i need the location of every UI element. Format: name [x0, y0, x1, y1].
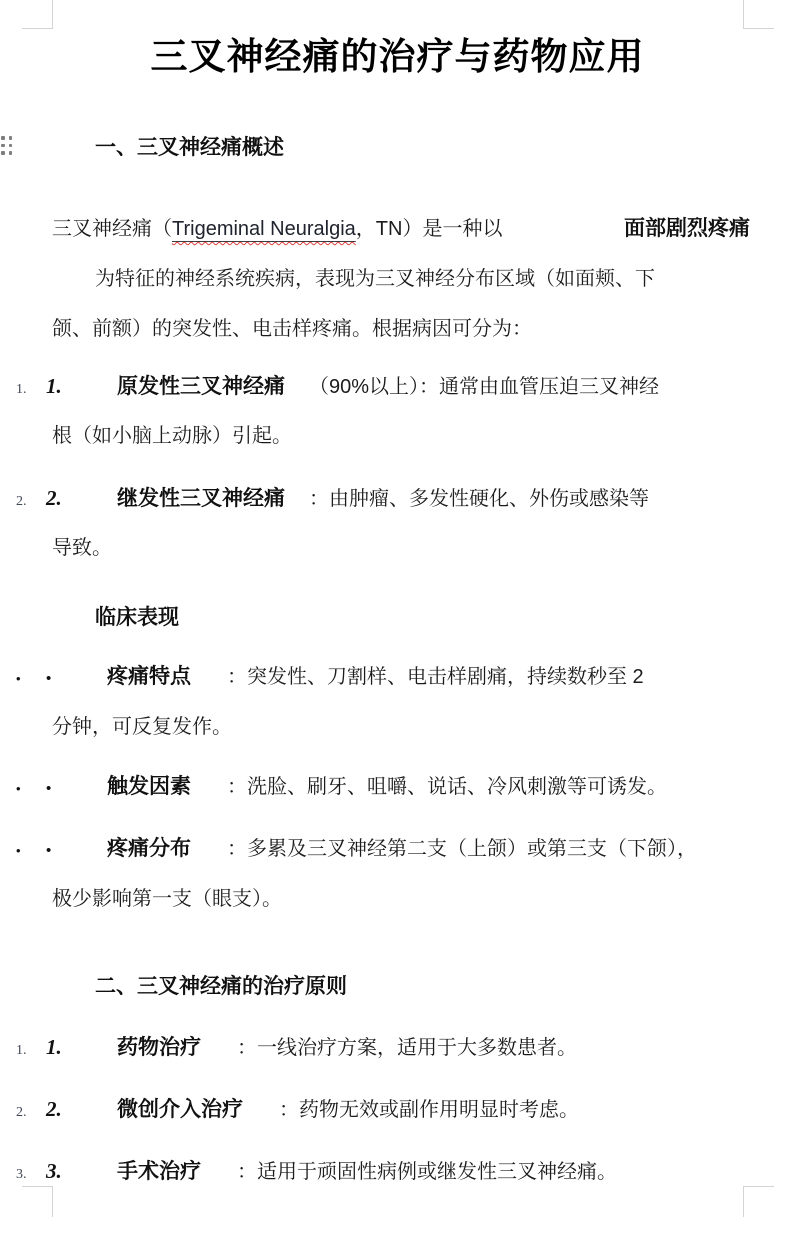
cause-item-2: 2.2.继发性三叉神经痛：由肿瘤、多发性硬化、外伤或感染等	[16, 485, 649, 515]
treatment-term: 微创介入治疗	[117, 1098, 243, 1121]
treatment-term: 手术治疗	[117, 1160, 201, 1183]
treatment-text: ：药物无效或副作用明显时考虑。	[279, 1099, 579, 1121]
bullet-icon-outer: •	[16, 776, 46, 802]
list-marker-outer: 3.	[16, 1162, 46, 1188]
list-marker-inner: 3.	[46, 1158, 117, 1184]
drag-handle-icon[interactable]	[1, 136, 12, 155]
bullet-item-1-cont: 分钟，可反复发作。	[52, 714, 232, 740]
bullet-text: ：多累及三叉神经第二支（上颌）或第三支（下颌），	[227, 838, 697, 860]
cause-text: （90%以上）：通常由血管压迫三叉神经	[309, 376, 659, 398]
bullet-text: ：洗脸、刷牙、咀嚼、说话、冷风刺激等可诱发。	[227, 776, 667, 798]
margin-crop-mark-top-left	[22, 0, 53, 29]
treatment-term: 药物治疗	[117, 1036, 201, 1059]
document-title: 三叉神经痛的治疗与药物应用	[0, 26, 795, 80]
list-marker-outer: 1.	[16, 377, 46, 403]
intro-line-1: 三叉神经痛（Trigeminal Neuralgia，TN）是一种以 面部剧烈疼…	[52, 216, 750, 242]
bullet-item-3: ••疼痛分布：多累及三叉神经第二支（上颌）或第三支（下颌），	[16, 836, 697, 864]
intro-line-2: 为特征的神经系统疾病，表现为三叉神经分布区域（如面颊、下	[95, 266, 655, 292]
bullet-item-1: ••疼痛特点：突发性、刀割样、电击样剧痛，持续数秒至 2	[16, 664, 644, 692]
list-marker-inner: 1.	[46, 1034, 117, 1060]
bullet-item-3-cont: 极少影响第一支（眼支）。	[52, 886, 282, 912]
bullet-term: 疼痛分布	[107, 837, 191, 860]
treatment-item-3: 3.3.手术治疗：适用于顽固性病例或继发性三叉神经痛。	[16, 1158, 617, 1188]
cause-item-1-cont: 根（如小脑上动脉）引起。	[52, 423, 292, 449]
treatment-item-2: 2.2.微创介入治疗：药物无效或副作用明显时考虑。	[16, 1096, 579, 1126]
cause-text: ：由肿瘤、多发性硬化、外伤或感染等	[309, 488, 649, 510]
margin-crop-mark-bottom-right	[743, 1186, 774, 1217]
intro-line-3: 颌、前额）的突发性、电击样疼痛。根据病因可分为：	[52, 316, 532, 342]
bullet-icon-inner: •	[46, 838, 107, 864]
clinical-heading: 临床表现	[95, 605, 179, 631]
bullet-text: ：突发性、刀割样、电击样剧痛，持续数秒至 2	[227, 666, 644, 688]
section-heading-treatment: 二、三叉神经痛的治疗原则	[95, 974, 347, 1000]
document-page: 三叉神经痛的治疗与药物应用 一、三叉神经痛概述 三叉神经痛（Trigeminal…	[0, 0, 795, 1250]
intro-line-1-left: 三叉神经痛（Trigeminal Neuralgia，TN）是一种以	[52, 216, 502, 242]
bullet-icon-outer: •	[16, 666, 46, 692]
treatment-text: ：一线治疗方案，适用于大多数患者。	[237, 1037, 577, 1059]
bullet-term: 触发因素	[107, 775, 191, 798]
spellcheck-squiggle: Trigeminal Neuralgia	[172, 218, 356, 240]
intro-post: ，TN）是一种以	[356, 218, 503, 240]
intro-bold-phrase: 面部剧烈疼痛	[624, 216, 750, 242]
list-marker-outer: 2.	[16, 1100, 46, 1126]
bullet-term: 疼痛特点	[107, 665, 191, 688]
list-marker-outer: 2.	[16, 489, 46, 515]
treatment-text: ：适用于顽固性病例或继发性三叉神经痛。	[237, 1161, 617, 1183]
intro-english-term: Trigeminal Neuralgia	[172, 218, 356, 240]
bullet-item-2: ••触发因素：洗脸、刷牙、咀嚼、说话、冷风刺激等可诱发。	[16, 774, 667, 802]
margin-crop-mark-top-right	[743, 0, 774, 29]
margin-crop-mark-bottom-left	[22, 1186, 53, 1217]
list-marker-outer: 1.	[16, 1038, 46, 1064]
bullet-icon-inner: •	[46, 776, 107, 802]
list-marker-inner: 1.	[46, 373, 117, 399]
section-heading-overview: 一、三叉神经痛概述	[95, 135, 284, 161]
cause-term: 原发性三叉神经痛	[117, 375, 285, 398]
bullet-icon-inner: •	[46, 666, 107, 692]
list-marker-inner: 2.	[46, 1096, 117, 1122]
cause-item-1: 1.1.原发性三叉神经痛（90%以上）：通常由血管压迫三叉神经	[16, 373, 659, 403]
cause-item-2-cont: 导致。	[52, 535, 112, 561]
bullet-icon-outer: •	[16, 838, 46, 864]
intro-pre: 三叉神经痛（	[52, 218, 172, 240]
list-marker-inner: 2.	[46, 485, 117, 511]
treatment-item-1: 1.1.药物治疗：一线治疗方案，适用于大多数患者。	[16, 1034, 577, 1064]
cause-term: 继发性三叉神经痛	[117, 487, 285, 510]
